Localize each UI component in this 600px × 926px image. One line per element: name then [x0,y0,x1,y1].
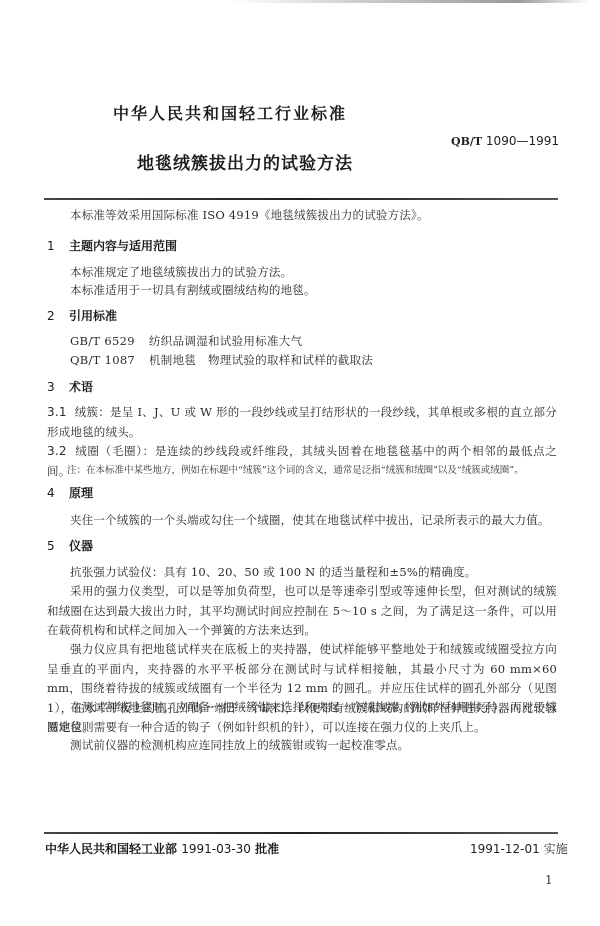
term-3-1: 3.1绒簇：是呈 I、J、U 或 W 形的一段纱线或呈打结形状的一段纱线，其单根… [47,403,557,442]
section-number: 4 [47,486,69,500]
page-number: 1 [545,873,553,887]
section-3-heading: 3术语 [47,378,93,395]
standard-code-number: 1090—1991 [486,134,559,148]
section-1-paragraph-2: 本标准适用于一切具有割绒或圈绒结构的地毯。 [47,281,557,301]
term-number: 3.2 [47,444,67,458]
section-2-heading: 2引用标准 [47,307,117,324]
document-page: 中华人民共和国轻工行业标准 QB/T 1090—1991 地毯绒簇拔出力的试验方… [0,0,600,926]
standard-code-prefix: QB/T [451,135,482,148]
reference-item: QB/T 1087机制地毯 物理试验的取样和试样的截取法 [70,352,373,368]
document-title: 地毯绒簇拔出力的试验方法 [137,149,353,174]
section-number: 2 [47,309,69,323]
reference-code: QB/T 1087 [70,353,149,367]
approval-org: 中华人民共和国轻工业部 [45,842,177,856]
section-number: 3 [47,380,69,394]
section-5-paragraph-1: 抗张强力试验仪：具有 10、20、50 或 100 N 的适当量程和±5%的精确… [47,563,557,583]
section-5-paragraph-4: 在测试割绒地毯时，应配备一把绒簇钳来选择和夹起一个绒族端（例如外科用钳子），而对… [47,698,557,737]
term-number: 3.1 [47,405,67,419]
section-1-heading: 1主题内容与适用范围 [47,237,177,254]
terms-note: 注：在本标准中某些地方，例如在标题中“绒簇”这个词的含义，通常是泛指“绒簇和绒圈… [67,462,524,476]
section-title: 原理 [69,486,93,500]
standard-code: QB/T 1090—1991 [451,134,559,148]
reference-title: 机制地毯 物理试验的取样和试样的截取法 [149,353,373,367]
section-5-paragraph-2: 采用的强力仪类型，可以是等加负荷型，也可以是等速牵引型或等速伸长型，但对测试的绒… [47,582,557,641]
section-number: 5 [47,539,69,553]
section-4-paragraph: 夹住一个绒簇的一个头端或勾住一个绒圈，使其在地毯试样中拔出，记录所表示的最大力值… [47,511,557,531]
implementation-date: 1991-12-01 [470,842,540,856]
reference-title: 纺织品调湿和试验用标准大气 [149,334,302,348]
implementation-info: 1991-12-01 实施 [470,840,568,857]
issuer-heading: 中华人民共和国轻工行业标准 [113,101,347,124]
section-title: 术语 [69,380,93,394]
footer-divider [44,832,558,834]
approval-label: 批准 [255,842,279,856]
intro-paragraph: 本标准等效采用国际标准 ISO 4919《地毯绒簇拔出力的试验方法》。 [47,206,557,226]
header-divider [44,198,558,200]
section-4-heading: 4原理 [47,484,93,501]
approval-info: 中华人民共和国轻工业部 1991-03-30 批准 [45,840,279,857]
term-text: 绒簇：是呈 I、J、U 或 W 形的一段纱线或呈打结形状的一段纱线，其单根或多根… [47,405,557,439]
section-number: 1 [47,239,69,253]
section-1-paragraph-1: 本标准规定了地毯绒簇拔出力的试验方法。 [47,263,557,283]
reference-item: GB/T 6529纺织品调湿和试验用标准大气 [70,333,302,349]
approval-date: 1991-03-30 [181,842,251,856]
implementation-label: 实施 [544,842,568,856]
section-title: 引用标准 [69,309,117,323]
reference-code: GB/T 6529 [70,334,149,348]
scan-shadow [230,0,590,3]
section-5-paragraph-5: 测试前仪器的检测机构应连同挂放上的绒簇钳或钩一起校准零点。 [47,736,557,756]
section-title: 仪器 [69,539,93,553]
section-5-heading: 5仪器 [47,537,93,554]
section-title: 主题内容与适用范围 [69,239,177,253]
